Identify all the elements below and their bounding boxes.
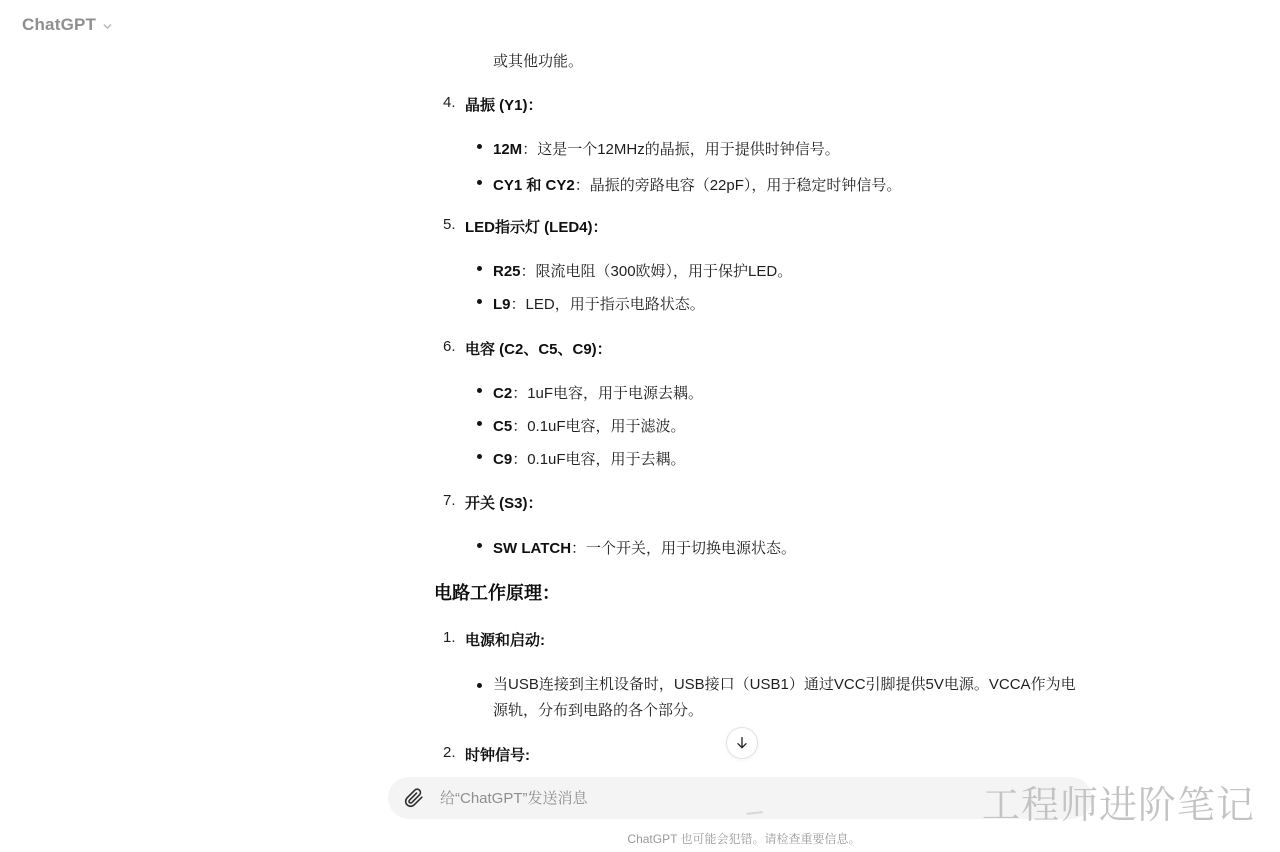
bullet-cy1-cy2: CY1 和 CY2：晶振的旁路电容（22pF），用于稳定时钟信号。 (493, 174, 901, 195)
paperclip-icon (404, 788, 424, 808)
list-item-power-startup: 1. 电源和启动: (443, 629, 545, 650)
bullet-text: ：晶振的旁路电容（22pF），用于稳定时钟信号。 (575, 177, 902, 194)
list-number: 2. (443, 744, 465, 765)
bullet-usb-power: 当USB连接到主机设备时，USB接口（USB1）通过VCC引脚提供5V电源。VC… (493, 672, 1081, 724)
bullet-r25: R25：限流电阻（300欧姆），用于保护LED。 (493, 260, 792, 281)
assistant-message: 或其他功能。 4. 晶振 (Y1)： 12M：这是一个12MHz的晶振，用于提供… (434, 0, 1094, 780)
composer (388, 777, 1092, 819)
message-input[interactable] (438, 789, 1078, 808)
list-title: 开关 (S3)： (465, 492, 543, 513)
attach-button[interactable] (404, 788, 424, 808)
disclaimer-text: ChatGPT 也可能会犯错。请检查重要信息。 (388, 830, 1100, 847)
list-number: 1. (443, 629, 465, 650)
bullet-term: SW LATCH (493, 540, 571, 557)
arrow-down-icon (734, 735, 750, 751)
bullet-text: 当USB连接到主机设备时，USB接口（USB1）通过VCC引脚提供5V电源。VC… (493, 676, 1076, 719)
bullet-sw-latch: SW LATCH：一个开关，用于切换电源状态。 (493, 537, 796, 558)
bullet-12m: 12M：这是一个12MHz的晶振，用于提供时钟信号。 (493, 138, 840, 159)
list-item-led: 5. LED指示灯 (LED4)： (443, 216, 608, 237)
bullet-term: CY1 和 CY2 (493, 177, 575, 194)
bullet-c2: C2：1uF电容，用于电源去耦。 (493, 382, 703, 403)
list-title: 电源和启动: (465, 629, 545, 650)
bullet-text: ：限流电阻（300欧姆），用于保护LED。 (521, 263, 793, 280)
section-heading-principle: 电路工作原理： (434, 579, 560, 605)
paragraph-continuation: 或其他功能。 (493, 50, 583, 71)
chevron-down-icon (101, 20, 114, 33)
bullet-term: C9 (493, 451, 512, 468)
list-item-switch: 7. 开关 (S3)： (443, 492, 543, 513)
scroll-to-bottom-button[interactable] (726, 727, 758, 759)
bullet-term: 12M (493, 141, 522, 158)
bullet-text: ：0.1uF电容，用于滤波。 (512, 418, 685, 435)
list-item-capacitors: 6. 电容 (C2、C5、C9)： (443, 338, 612, 359)
bullet-c5: C5：0.1uF电容，用于滤波。 (493, 415, 686, 436)
bullet-text: ：1uF电容，用于电源去耦。 (512, 385, 703, 402)
bullet-text: ：LED，用于指示电路状态。 (511, 296, 705, 313)
list-title: 时钟信号: (465, 744, 530, 765)
model-selector[interactable]: ChatGPT (22, 15, 114, 35)
list-item-crystal: 4. 晶振 (Y1)： (443, 94, 543, 115)
list-number: 6. (443, 338, 465, 359)
bullet-term: R25 (493, 263, 521, 280)
list-number: 4. (443, 94, 465, 115)
bullet-term: C2 (493, 385, 512, 402)
list-number: 5. (443, 216, 465, 237)
bullet-text: ：这是一个12MHz的晶振，用于提供时钟信号。 (522, 141, 840, 158)
list-title: 电容 (C2、C5、C9)： (465, 338, 612, 359)
list-title: 晶振 (Y1)： (465, 94, 543, 115)
list-title: LED指示灯 (LED4)： (465, 216, 608, 237)
list-number: 7. (443, 492, 465, 513)
bullet-term: C5 (493, 418, 512, 435)
bullet-text: ：一个开关，用于切换电源状态。 (571, 540, 796, 557)
list-item-clock-signal: 2. 时钟信号: (443, 744, 530, 765)
bullet-term: L9 (493, 296, 511, 313)
bullet-text: ：0.1uF电容，用于去耦。 (512, 451, 685, 468)
app-title: ChatGPT (22, 15, 96, 35)
bullet-l9: L9：LED，用于指示电路状态。 (493, 293, 705, 314)
bullet-c9: C9：0.1uF电容，用于去耦。 (493, 448, 686, 469)
